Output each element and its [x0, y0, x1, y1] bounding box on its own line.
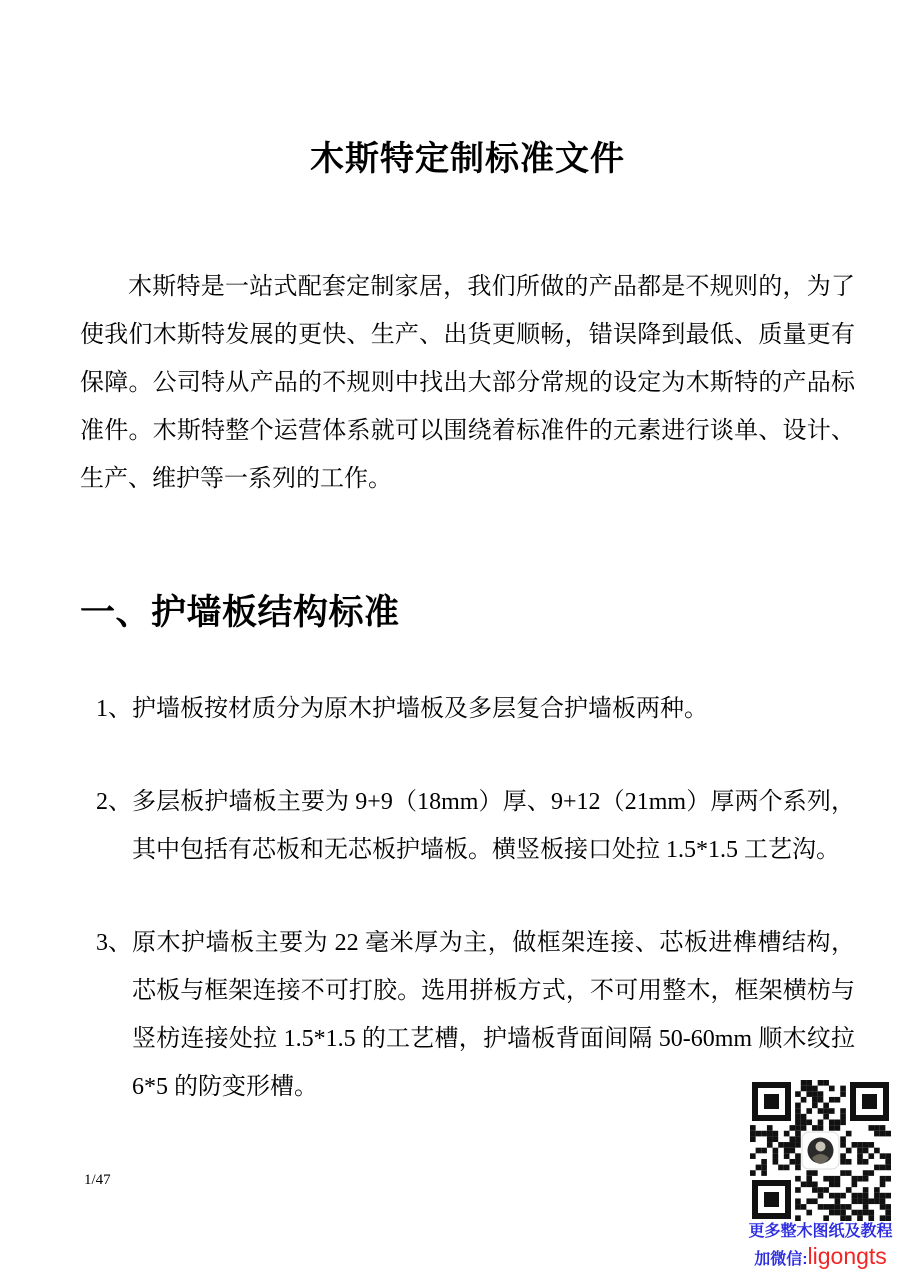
list-item-number: 1、 — [80, 685, 132, 733]
list-item-text: 护墙板按材质分为原木护墙板及多层复合护墙板两种。 — [132, 685, 855, 733]
document-page: 木斯特定制标准文件 木斯特是一站式配套定制家居，我们所做的产品都是不规则的，为了… — [0, 0, 900, 1273]
list-item-number: 3、 — [80, 919, 132, 1111]
document-content: 木斯特定制标准文件 木斯特是一站式配套定制家居，我们所做的产品都是不规则的，为了… — [80, 23, 855, 1111]
list-item: 2、 多层板护墙板主要为 9+9（18mm）厚、9+12（21mm）厚两个系列，… — [80, 778, 855, 874]
numbered-list: 1、 护墙板按材质分为原木护墙板及多层复合护墙板两种。 2、 多层板护墙板主要为… — [80, 685, 855, 1111]
qr-block: 更多整木图纸及教程 加微信: ligongts — [744, 1074, 897, 1273]
list-item: 1、 护墙板按材质分为原木护墙板及多层复合护墙板两种。 — [80, 685, 855, 733]
qr-wechat-line: 加微信: ligongts — [744, 1243, 897, 1273]
section-heading: 一、护墙板结构标准 — [80, 591, 855, 635]
page-number: 1/47 — [84, 1170, 111, 1190]
wechat-id: ligongts — [808, 1243, 887, 1270]
qr-caption: 更多整木图纸及教程 — [744, 1221, 897, 1243]
qr-center-avatar — [802, 1132, 839, 1169]
qr-code-icon — [750, 1080, 891, 1221]
list-item-number: 2、 — [80, 778, 132, 874]
list-item-text: 多层板护墙板主要为 9+9（18mm）厚、9+12（21mm）厚两个系列，其中包… — [132, 778, 855, 874]
wechat-label: 加微信: — [754, 1246, 807, 1269]
list-item: 3、 原木护墙板主要为 22 毫米厚为主，做框架连接、芯板进榫槽结构，芯板与框架… — [80, 919, 855, 1111]
document-title: 木斯特定制标准文件 — [80, 23, 855, 181]
intro-paragraph: 木斯特是一站式配套定制家居，我们所做的产品都是不规则的，为了使我们木斯特发展的更… — [80, 263, 855, 503]
